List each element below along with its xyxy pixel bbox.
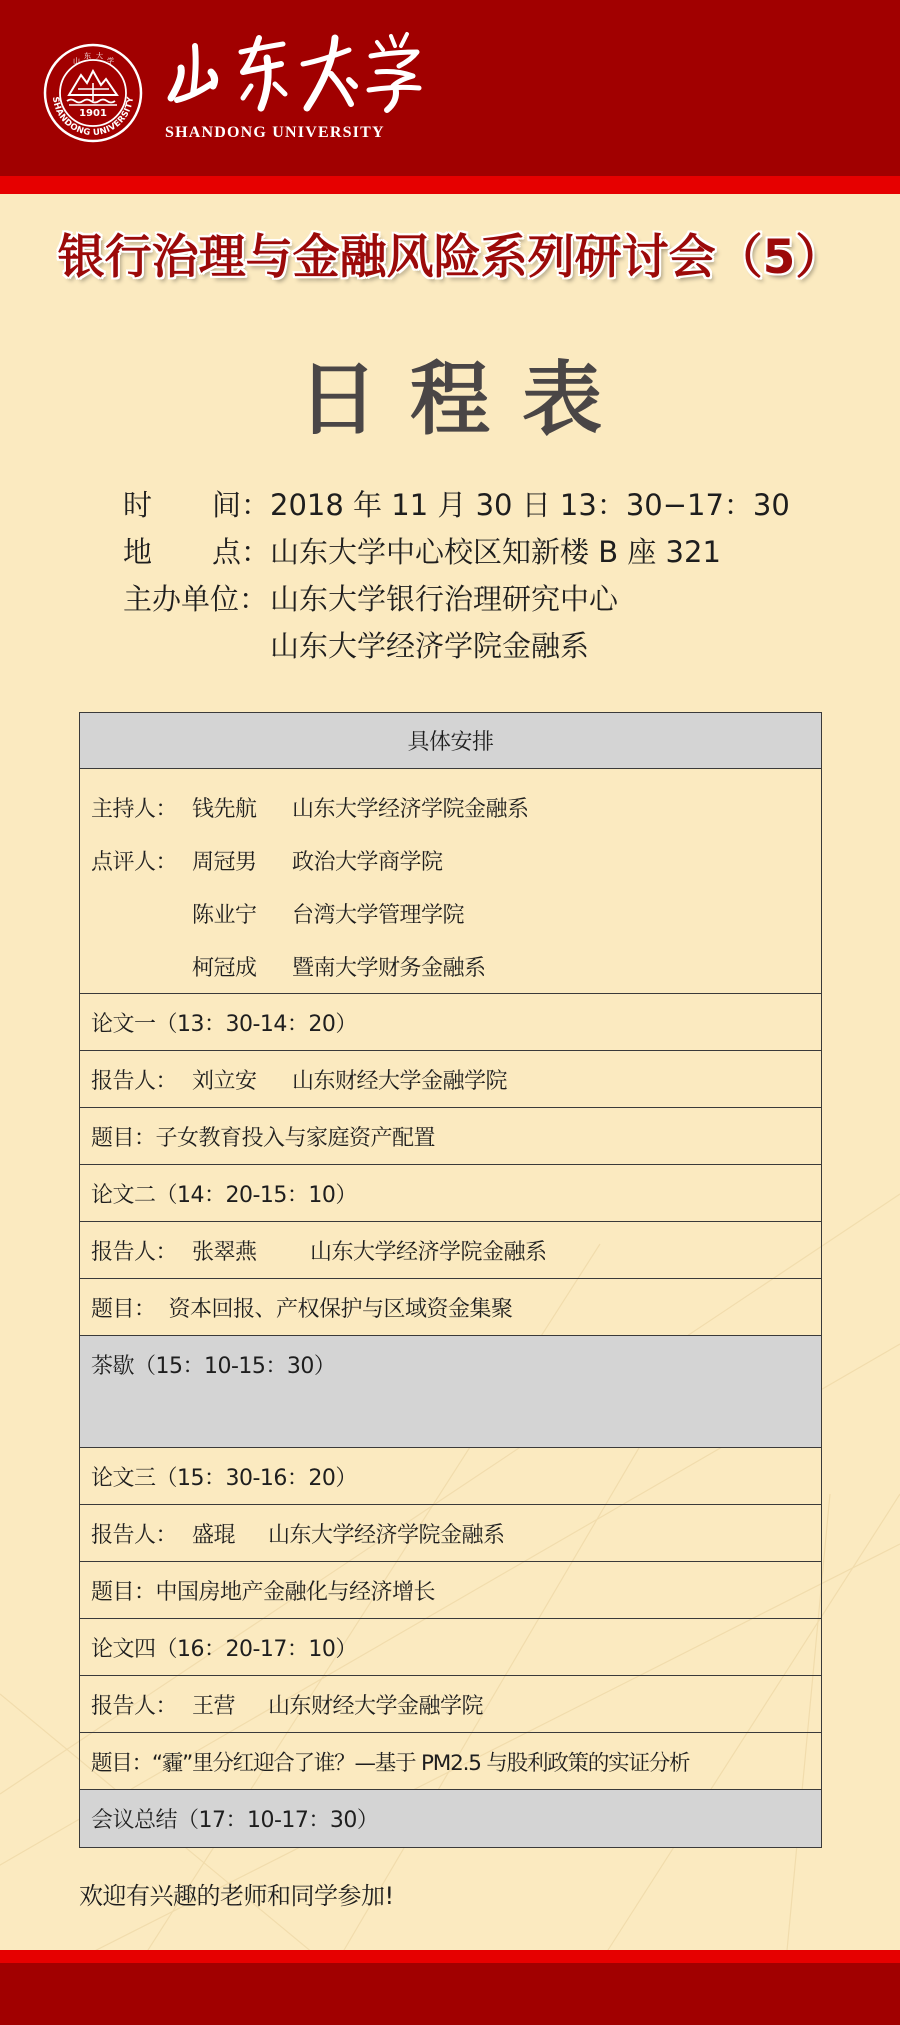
welcome-message: 欢迎有兴趣的老师和同学参加! (79, 1876, 394, 1911)
info-value-location: 山东大学中心校区知新楼 B 座 321 (270, 530, 721, 571)
host-discussants-cell: 主持人： 钱先航 山东大学经济学院金融系 点评人： 周冠男 政治大学商学院 陈业… (80, 769, 821, 994)
topic-row: 题目：子女教育投入与家庭资产配置 (80, 1108, 821, 1165)
topic-row: 题目：中国房地产金融化与经济增长 (80, 1562, 821, 1619)
discussant-name: 陈业宁 (192, 898, 292, 929)
label-text: 主办单位 (123, 582, 239, 616)
label-colon: ： (241, 488, 270, 522)
footer-banner (0, 1963, 900, 2025)
discussant-role-label: 点评人： (91, 845, 192, 876)
presenter-row: 报告人： 王营 山东财经大学金融学院 (80, 1676, 821, 1733)
svg-text:学: 学 (107, 56, 114, 65)
session-row: 论文三（15：30-16：20） (80, 1448, 821, 1505)
discussant-name: 柯冠成 (192, 951, 292, 982)
presenter-role-label: 报告人： (91, 1689, 192, 1720)
presenter-name: 盛琨 (192, 1518, 268, 1549)
summary-row: 会议总结（17：10-17：30） (80, 1790, 821, 1847)
discussant-line: 陈业宁 台湾大学管理学院 (91, 887, 464, 940)
svg-text:1901: 1901 (79, 108, 107, 119)
presenter-affiliation: 山东大学经济学院金融系 (310, 1235, 547, 1266)
university-name-calligraphy (163, 28, 423, 114)
discussant-line: 柯冠成 暨南大学财务金融系 (91, 940, 486, 993)
session-row: 论文四（16：20-17：10） (80, 1619, 821, 1676)
svg-text:山: 山 (73, 56, 80, 65)
info-value-organizer-2: 山东大学经济学院金融系 (270, 624, 589, 665)
presenter-affiliation: 山东大学经济学院金融系 (268, 1518, 505, 1549)
label-colon: ： (241, 535, 270, 569)
topic-row: 题目：“霾”里分红迎合了谁？—基于 PM2.5 与股利政策的实证分析 (80, 1733, 821, 1790)
tea-break-row: 茶歇（15：10-15：30） (80, 1336, 821, 1448)
info-label-organizer: 主办单位： (123, 577, 270, 618)
label-char: 点 (212, 535, 241, 569)
session-row: 论文一（13：30-14：20） (80, 994, 821, 1051)
label-char-group: 间： (212, 483, 270, 524)
host-affiliation: 山东大学经济学院金融系 (292, 792, 529, 823)
label-colon: ： (239, 582, 268, 616)
presenter-name: 刘立安 (192, 1064, 292, 1095)
info-row-location: 地 点： 山东大学中心校区知新楼 B 座 321 (123, 527, 790, 574)
info-row-organizer-2: 山东大学经济学院金融系 (123, 621, 790, 668)
schedule-table: 具体安排 主持人： 钱先航 山东大学经济学院金融系 点评人： 周冠男 政治大学商… (79, 712, 822, 1848)
discussant-affiliation: 台湾大学管理学院 (292, 898, 464, 929)
presenter-name: 张翠燕 (192, 1235, 310, 1266)
label-char: 间 (212, 488, 241, 522)
label-char: 时 (123, 483, 152, 524)
presenter-role-label: 报告人： (91, 1518, 192, 1549)
info-value-organizer-1: 山东大学银行治理研究中心 (270, 577, 618, 618)
seminar-title: 银行治理与金融风险系列研讨会（5） (0, 220, 900, 287)
header-banner: 1901 SHANDONG UNIVERSITY 山 东 大 学 (0, 0, 900, 176)
label-char-group: 点： (212, 530, 270, 571)
host-name: 钱先航 (192, 792, 292, 823)
table-header: 具体安排 (80, 713, 821, 769)
header-accent-strip (0, 176, 900, 194)
footer-accent-strip (0, 1950, 900, 1963)
label-char: 地 (123, 530, 152, 571)
info-label-location: 地 点： (123, 530, 270, 571)
discussant-affiliation: 暨南大学财务金融系 (292, 951, 486, 982)
host-line: 主持人： 钱先航 山东大学经济学院金融系 (91, 781, 529, 834)
info-row-organizer: 主办单位： 山东大学银行治理研究中心 (123, 574, 790, 621)
event-info: 时 间： 2018 年 11 月 30 日 13：30−17：30 地 点： 山… (123, 480, 790, 668)
session-row: 论文二（14：20-15：10） (80, 1165, 821, 1222)
info-row-time: 时 间： 2018 年 11 月 30 日 13：30−17：30 (123, 480, 790, 527)
presenter-affiliation: 山东财经大学金融学院 (292, 1064, 507, 1095)
svg-text:东: 东 (84, 51, 91, 60)
host-role-label: 主持人： (91, 792, 192, 823)
presenter-role-label: 报告人： (91, 1064, 192, 1095)
presenter-row: 报告人： 盛琨 山东大学经济学院金融系 (80, 1505, 821, 1562)
schedule-heading: 日程表 (0, 335, 900, 450)
discussant-name: 周冠男 (192, 845, 292, 876)
info-value-time: 2018 年 11 月 30 日 13：30−17：30 (270, 483, 790, 524)
presenter-row: 报告人： 刘立安 山东财经大学金融学院 (80, 1051, 821, 1108)
presenter-role-label: 报告人： (91, 1235, 192, 1266)
university-seal-icon: 1901 SHANDONG UNIVERSITY 山 东 大 学 (43, 43, 143, 143)
discussant-affiliation: 政治大学商学院 (292, 845, 443, 876)
info-label-time: 时 间： (123, 483, 270, 524)
label-char-group: 主办单位： (123, 577, 268, 618)
university-name-english: SHANDONG UNIVERSITY (165, 124, 425, 142)
presenter-row: 报告人： 张翠燕 山东大学经济学院金融系 (80, 1222, 821, 1279)
discussant-line: 点评人： 周冠男 政治大学商学院 (91, 834, 443, 887)
presenter-name: 王营 (192, 1689, 268, 1720)
svg-text:大: 大 (96, 51, 103, 60)
topic-row: 题目： 资本回报、产权保护与区域资金集聚 (80, 1279, 821, 1336)
presenter-affiliation: 山东财经大学金融学院 (268, 1689, 483, 1720)
